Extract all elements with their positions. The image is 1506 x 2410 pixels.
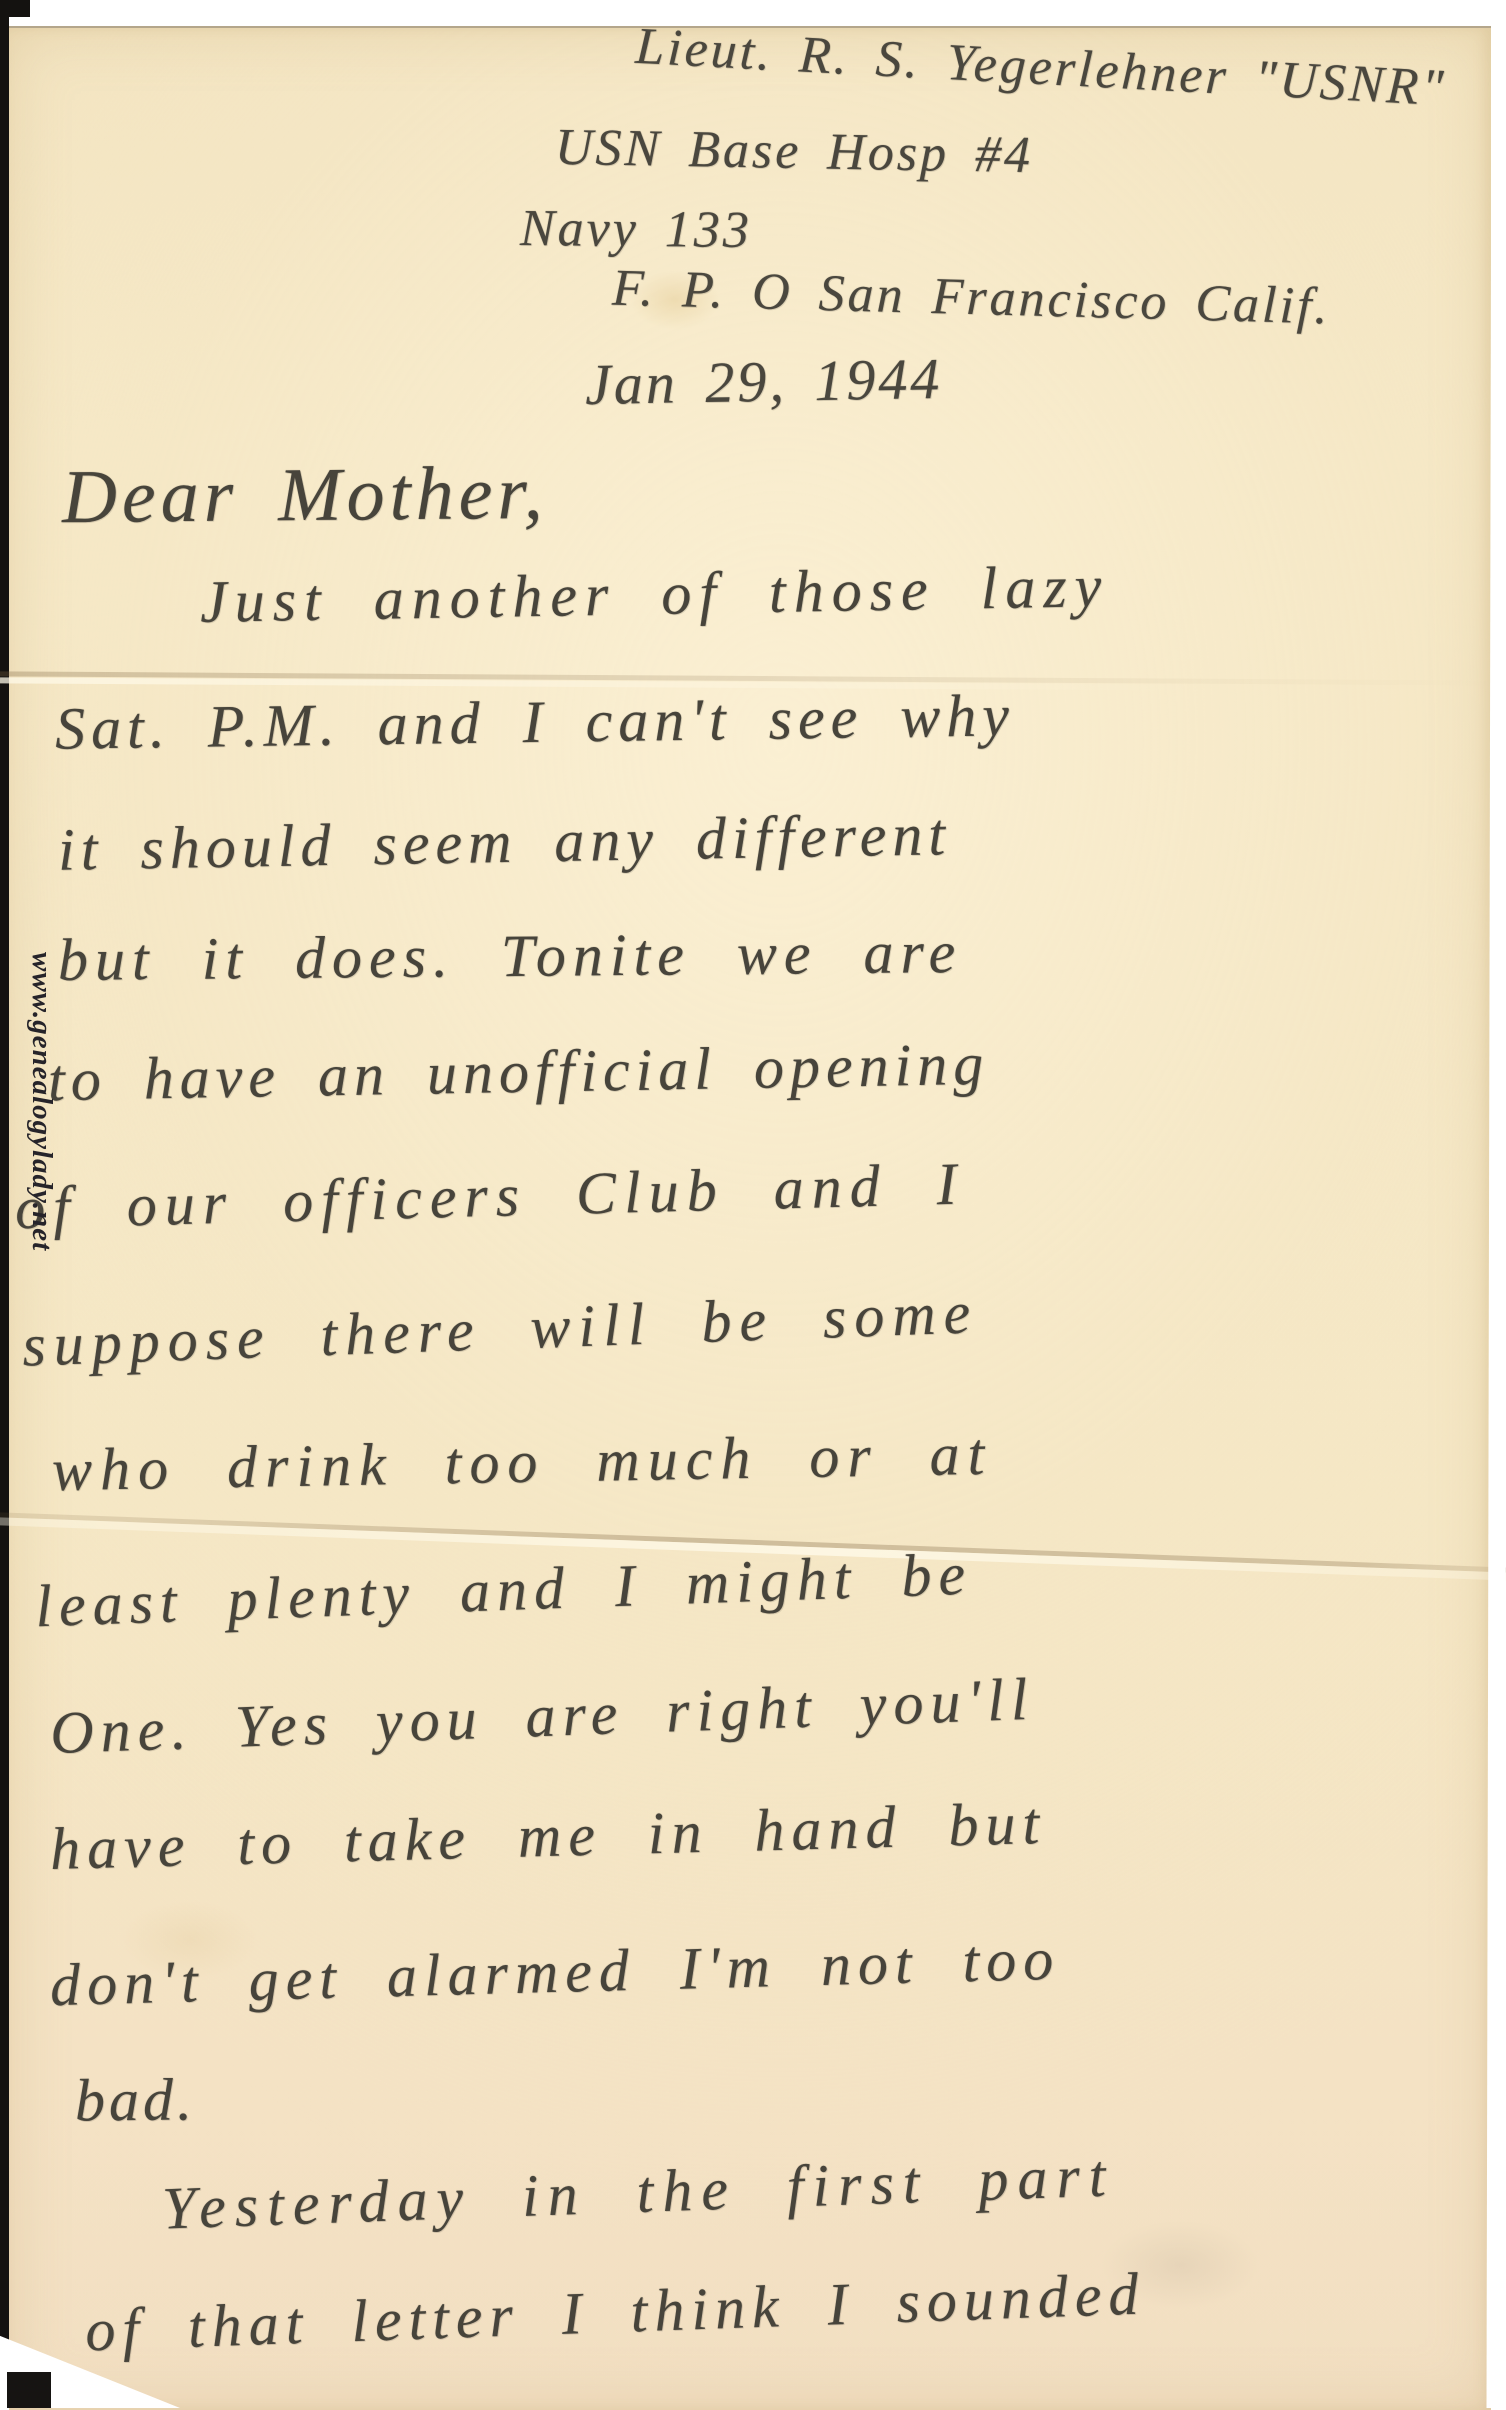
watermark-text: www.genealogylady.net — [25, 952, 58, 1251]
scanner-corner-mark — [7, 2372, 51, 2408]
header-line: Jan 29, 1944 — [584, 345, 942, 418]
body-line: Sat. P.M. and I can't see why — [55, 681, 1016, 763]
header-line: USN Base Hosp #4 — [555, 118, 1034, 185]
body-line: bad. — [75, 2065, 197, 2135]
scanned-letter-page: www.genealogylady.net Lieut. R. S. Yeger… — [0, 0, 1506, 2408]
body-line: but it does. Tonite we are — [58, 918, 963, 995]
scanner-corner-mark — [0, 0, 30, 17]
header-line: Navy 133 — [520, 199, 752, 260]
salutation: Dear Mother, — [62, 450, 548, 541]
scanner-edge-strip — [0, 0, 9, 2408]
